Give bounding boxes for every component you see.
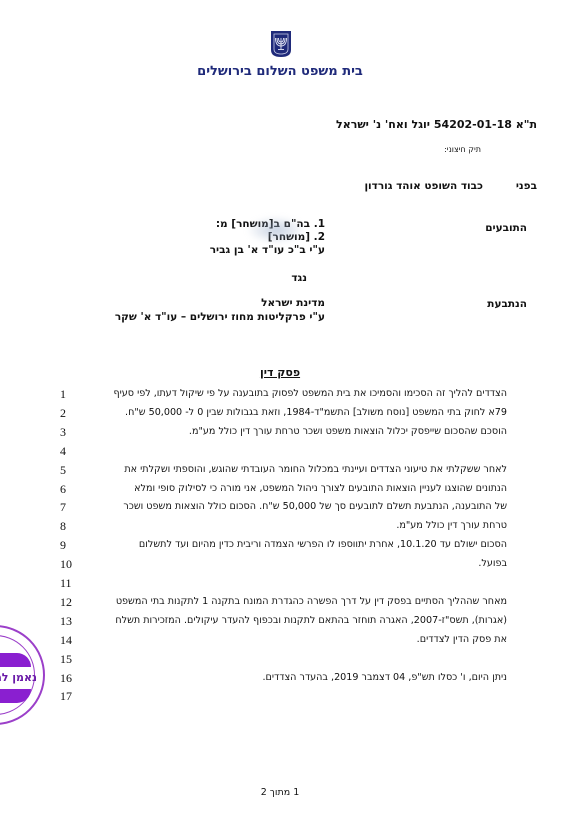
line-number: 17: [60, 689, 82, 704]
line-number: 8: [60, 519, 82, 534]
verdict-line: (אגרות), תשס"ז-2007, האגרה תוחזר בהתאם ל…: [100, 615, 507, 626]
verdict-line: הנתונים שהוצגו לעניין הוצאות התובעים לצו…: [100, 483, 507, 494]
line-number: 10: [60, 557, 82, 572]
line-number: 4: [60, 444, 82, 459]
case-title: ת"א 54202-01-18 יוגל ואח' נ' ישראל: [336, 118, 537, 131]
line-number: 9: [60, 538, 82, 553]
versus-label: נגד: [291, 272, 307, 284]
line-number: 11: [60, 576, 82, 591]
page-indicator: 1 מתוך 2: [240, 787, 320, 798]
line-number: 2: [60, 406, 82, 421]
verdict-line: ניתן היום, ו' כסלו תש"פ, 04 דצמבר 2019, …: [100, 672, 507, 683]
defendant-counsel: ע"י פרקליטות מחוז ירושלים – עו"ד א' שקר: [115, 311, 325, 323]
line-number: 16: [60, 671, 82, 686]
plaintiffs-counsel: ע"י ב"כ עו"ד א' בן גביר: [210, 244, 325, 256]
line-number: 13: [60, 614, 82, 629]
verdict-line: בפועל.: [100, 558, 507, 569]
plaintiffs-label: התובעים: [485, 222, 527, 234]
line-number: 14: [60, 633, 82, 648]
defendant-label: הנתבעת: [487, 298, 527, 310]
judge-name: כבוד השופט אוהד גורדון: [364, 180, 483, 192]
verdict-line: הסכום ישולם עד 10.1.20, אחרת יתווספו לו …: [100, 539, 507, 550]
verdict-line: הצדדים להליך זה הסכימו והסמיכו את בית המ…: [100, 388, 507, 399]
stamp-text: נאמן למקור: [0, 671, 37, 684]
external-file-label: תיק חיצוני:: [444, 145, 481, 154]
verdict-line: הוסכם שהסכום שייפסק יכלול הוצאות משפט וש…: [100, 426, 507, 437]
defendant-name: מדינת ישראל: [261, 297, 325, 309]
stamp-band-bottom: [0, 689, 31, 703]
verdict-line: לאחר ששקלתי את טיעוני הצדדים ועיינתי במכ…: [100, 464, 507, 475]
line-number: 7: [60, 500, 82, 515]
line-number: 3: [60, 425, 82, 440]
verdict-heading: פסק דין: [250, 366, 310, 379]
verdict-line: את פסק הדין לצדדים.: [100, 634, 507, 645]
line-number: 6: [60, 482, 82, 497]
state-emblem-icon: [270, 30, 292, 58]
line-number: 5: [60, 463, 82, 478]
court-name: בית משפט השלום בירושלים: [180, 64, 380, 79]
verdict-line: מאחר שההליך הסתיים בפסק דין על דרך הפשרה…: [100, 596, 507, 607]
line-number: 15: [60, 652, 82, 667]
before-label: בפני: [516, 180, 537, 192]
line-number: 12: [60, 595, 82, 610]
certified-copy-stamp: נאמן למקור: [0, 625, 45, 725]
verdict-line: 79א לחוק בתי המשפט [נוסח משולב] התשמ"ד-1…: [100, 407, 507, 418]
redaction-blur: [246, 216, 306, 244]
verdict-line: של התובענה, הנתבעת תשלם לתובעים סך של 50…: [100, 501, 507, 512]
verdict-line: טרחת עורך דין כולל מע"מ.: [100, 520, 507, 531]
line-number: 1: [60, 387, 82, 402]
